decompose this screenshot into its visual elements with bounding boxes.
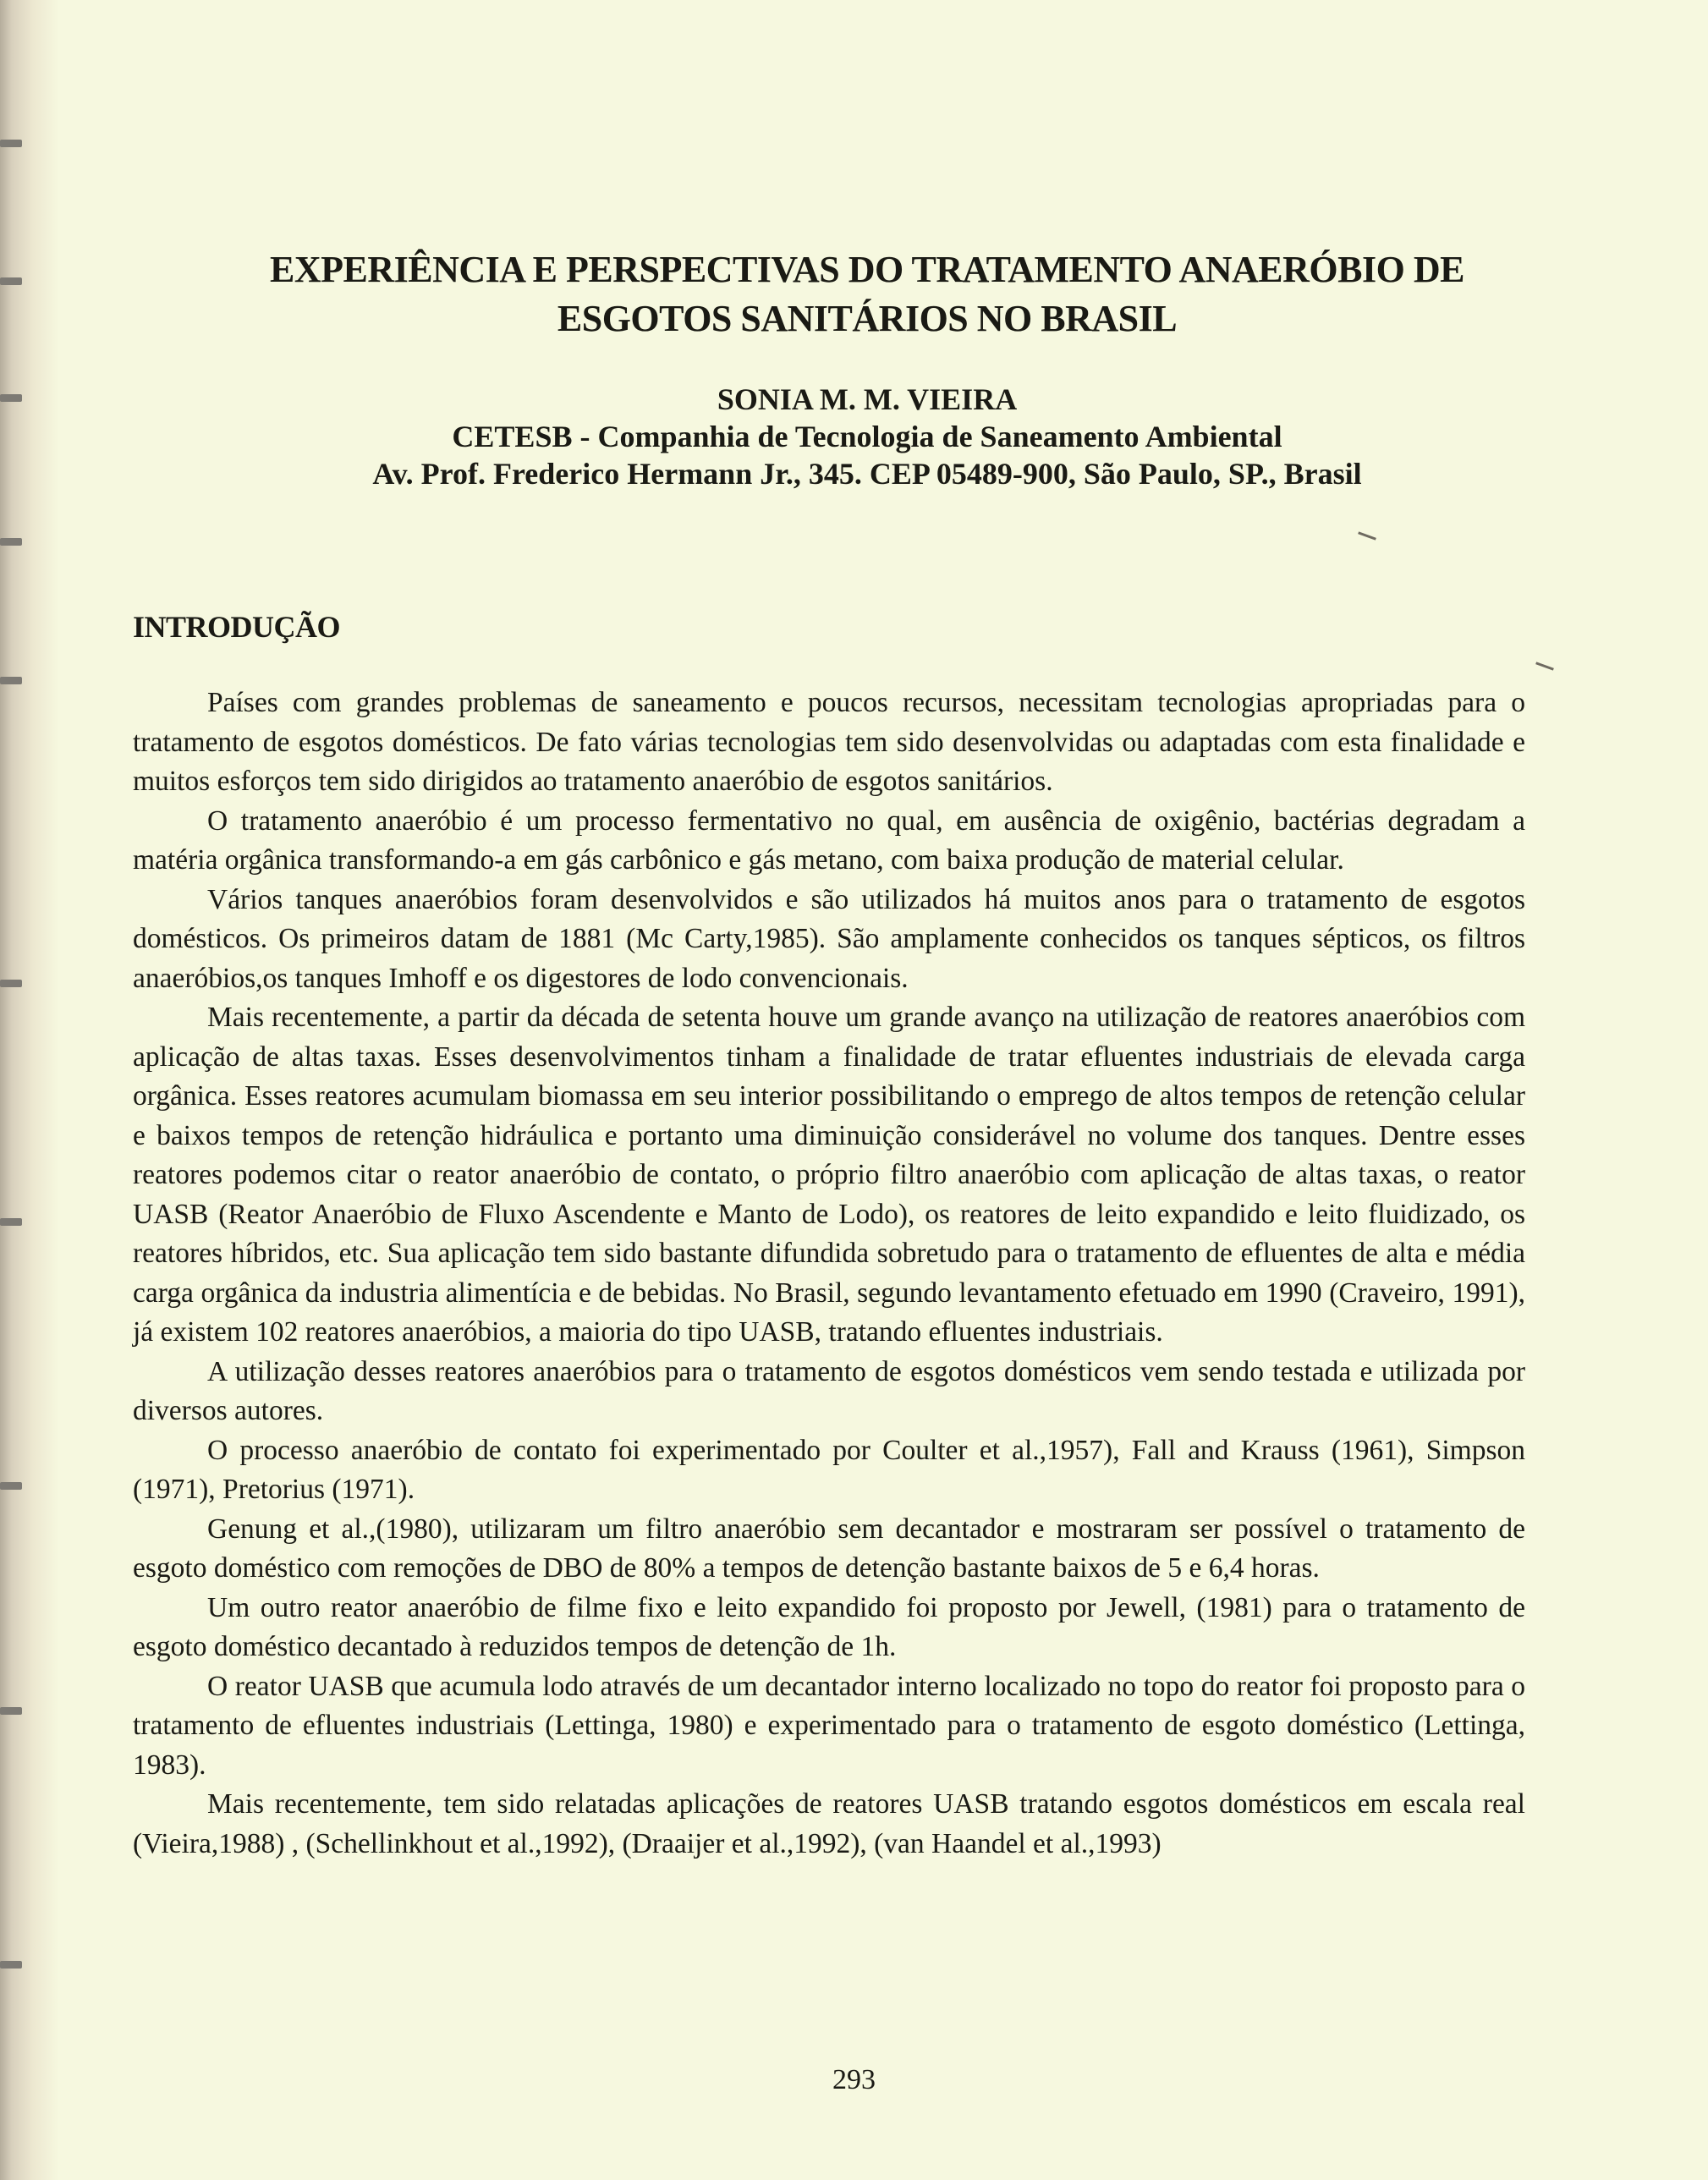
paragraph: O tratamento anaeróbio é um processo fer… (133, 802, 1525, 881)
page-number: 293 (0, 2064, 1708, 2096)
scan-mark (1358, 531, 1376, 540)
paragraph: A utilização desses reatores anaeróbios … (133, 1353, 1525, 1431)
author-affiliation: CETESB - Companhia de Tecnologia de Sane… (211, 418, 1523, 455)
paragraph: O reator UASB que acumula lodo através d… (133, 1667, 1525, 1786)
paragraph: Um outro reator anaeróbio de filme fixo … (133, 1589, 1525, 1667)
paragraph: Mais recentemente, a partir da década de… (133, 998, 1525, 1353)
paragraph: Países com grandes problemas de saneamen… (133, 684, 1525, 802)
section-heading: INTRODUÇÃO (133, 609, 340, 645)
paragraph: Mais recentemente, tem sido relatadas ap… (133, 1785, 1525, 1864)
author-name: SONIA M. M. VIEIRA (211, 381, 1523, 418)
body-text: Países com grandes problemas de saneamen… (133, 684, 1525, 1864)
scan-mark (1535, 662, 1554, 670)
document-page: EXPERIÊNCIA E PERSPECTIVAS DO TRATAMENTO… (0, 0, 1708, 2180)
paragraph: Vários tanques anaeróbios foram desenvol… (133, 881, 1525, 999)
title-line: EXPERIÊNCIA E PERSPECTIVAS DO TRATAMENTO… (211, 245, 1523, 294)
paragraph: Genung et al.,(1980), utilizaram um filt… (133, 1510, 1525, 1589)
author-address: Av. Prof. Frederico Hermann Jr., 345. CE… (211, 455, 1523, 492)
title-line: ESGOTOS SANITÁRIOS NO BRASIL (211, 294, 1523, 343)
paragraph: O processo anaeróbio de contato foi expe… (133, 1431, 1525, 1510)
author-block: SONIA M. M. VIEIRA CETESB - Companhia de… (211, 381, 1523, 492)
paper-title: EXPERIÊNCIA E PERSPECTIVAS DO TRATAMENTO… (211, 245, 1523, 343)
